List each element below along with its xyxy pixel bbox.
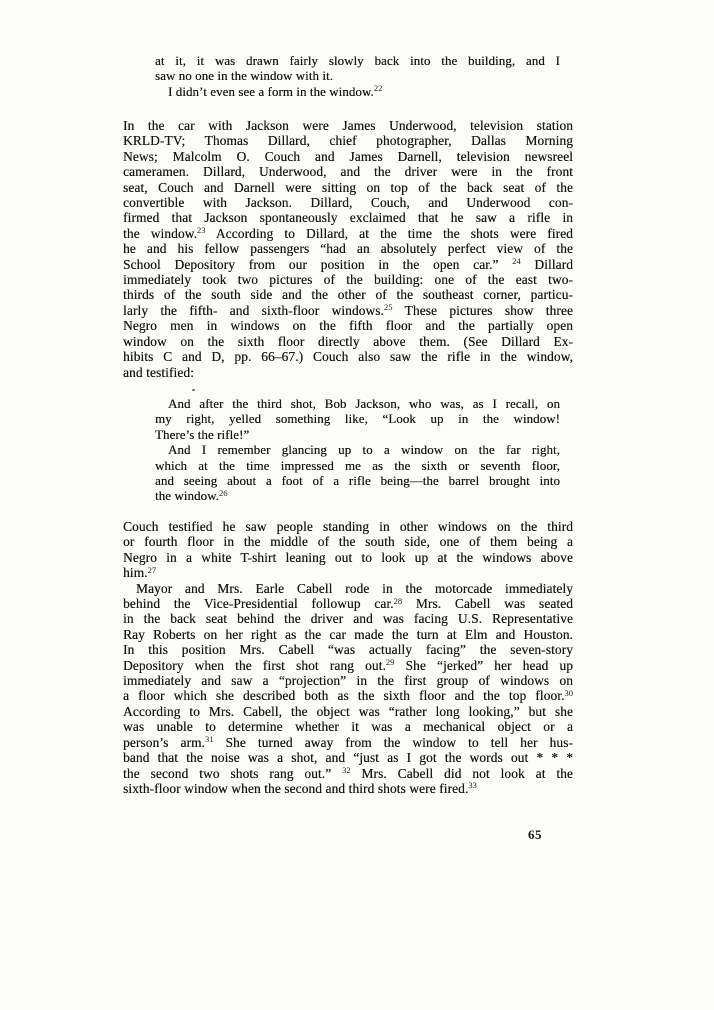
- text-line: band that the noise was a shot, and “jus…: [123, 750, 573, 765]
- text-line: cameramen. Dillard, Underwood, and the d…: [123, 164, 573, 179]
- text-line: the second two shots rang out.” 32 Mrs. …: [123, 766, 573, 781]
- text-line: behind the Vice-Presidential followup ca…: [123, 596, 573, 611]
- paragraphs-2: Couch testified he saw people standing i…: [123, 519, 573, 796]
- footnote-reference: 26: [219, 488, 228, 498]
- footnote-reference: 23: [197, 225, 206, 235]
- text-line: And after the third shot, Bob Jackson, w…: [155, 397, 560, 412]
- text-line: seat, Couch and Darnell were sitting on …: [123, 180, 573, 195]
- text-line: firmed that Jackson spontaneously exclai…: [123, 210, 573, 225]
- text-line: larly the fifth- and sixth-floor windows…: [123, 303, 573, 318]
- text-line: my right, yelled something like, “Look u…: [155, 412, 560, 427]
- text-line: or fourth floor in the middle of the sou…: [123, 534, 573, 549]
- footnote-reference: 22: [374, 83, 383, 93]
- footnote-reference: 33: [468, 780, 477, 790]
- scan-speck: [192, 389, 195, 391]
- footnote-reference: 29: [386, 657, 395, 667]
- text-line: Ray Roberts on her right as the car made…: [123, 627, 573, 642]
- text-line: Depository when the first shot rang out.…: [123, 658, 573, 673]
- text-line: According to Mrs. Cabell, the object was…: [123, 704, 573, 719]
- text-line: thirds of the south side and the other o…: [123, 287, 573, 302]
- text-line: sixth-floor window when the second and t…: [123, 781, 573, 796]
- text-line: immediately and saw a “projection” in th…: [123, 673, 573, 688]
- text-line: saw no one in the window with it.: [155, 69, 560, 84]
- text-line: the window.23 According to Dillard, at t…: [123, 226, 573, 241]
- text-line: Negro in a white T-shirt leaning out to …: [123, 550, 573, 565]
- text-line: There’s the rifle!”: [155, 428, 560, 443]
- paragraph-1: In the car with Jackson were James Under…: [123, 118, 573, 380]
- footnote-reference: 32: [342, 765, 351, 775]
- text-line: In the car with Jackson were James Under…: [123, 118, 573, 133]
- text-line: KRLD-TV; Thomas Dillard, chief photograp…: [123, 133, 573, 148]
- text-line: at it, it was drawn fairly slowly back i…: [155, 54, 560, 69]
- text-line: and seeing about a foot of a rifle being…: [155, 474, 560, 489]
- scanned-book-page: at it, it was drawn fairly slowly back i…: [0, 0, 714, 1010]
- text-line: window on the sixth floor directly above…: [123, 334, 573, 349]
- footnote-reference: 27: [148, 565, 157, 575]
- text-line: Negro men in windows on the fifth floor …: [123, 318, 573, 333]
- quote-extract-2: And after the third shot, Bob Jackson, w…: [155, 397, 560, 505]
- text-column: at it, it was drawn fairly slowly back i…: [123, 0, 573, 1010]
- text-line: Mayor and Mrs. Earle Cabell rode in the …: [123, 581, 573, 596]
- footnote-reference: 24: [512, 256, 521, 266]
- text-line: News; Malcolm O. Couch and James Darnell…: [123, 149, 573, 164]
- footnote-reference: 28: [394, 596, 403, 606]
- text-line: him.27: [123, 565, 573, 580]
- text-line: and testified:: [123, 365, 573, 380]
- text-line: And I remember glancing up to a window o…: [155, 443, 560, 458]
- text-line: the window.26: [155, 489, 560, 504]
- text-line: person’s arm.31 She turned away from the…: [123, 735, 573, 750]
- text-line: convertible with Jackson. Dillard, Couch…: [123, 195, 573, 210]
- footnote-reference: 30: [565, 688, 574, 698]
- text-line: I didn’t even see a form in the window.2…: [155, 85, 560, 100]
- text-line: Couch testified he saw people standing i…: [123, 519, 573, 534]
- text-line: in the back seat behind the driver and w…: [123, 611, 573, 626]
- footnote-reference: 25: [384, 302, 393, 312]
- text-line: a floor which she described both as the …: [123, 688, 573, 703]
- text-line: School Depository from our position in t…: [123, 257, 573, 272]
- page-number: 65: [528, 827, 542, 843]
- text-line: immediately took two pictures of the bui…: [123, 272, 573, 287]
- quote-extract-1: at it, it was drawn fairly slowly back i…: [155, 54, 560, 100]
- text-line: which at the time impressed me as the si…: [155, 459, 560, 474]
- text-line: was unable to determine whether it was a…: [123, 719, 573, 734]
- text-line: he and his fellow passengers “had an abs…: [123, 241, 573, 256]
- text-line: In this position Mrs. Cabell “was actual…: [123, 642, 573, 657]
- text-line: hibits C and D, pp. 66–67.) Couch also s…: [123, 349, 573, 364]
- footnote-reference: 31: [205, 734, 214, 744]
